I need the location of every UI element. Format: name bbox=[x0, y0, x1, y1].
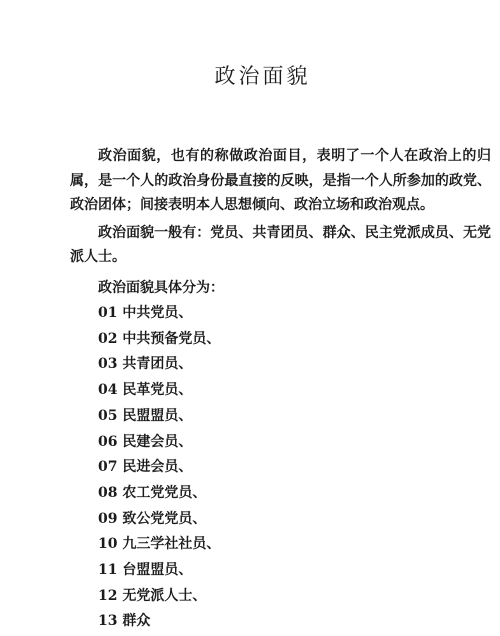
list-item-06: 06 民建会员、 bbox=[70, 430, 491, 456]
list-item-11: 11 台盟盟员、 bbox=[70, 558, 491, 584]
intro-paragraph: 政治面貌，也有的称做政治面目，表明了一个人在政治上的归属，是一个人的政治身份最直… bbox=[70, 144, 491, 218]
list-item-13: 13 群众 bbox=[70, 609, 491, 635]
document-page: 政治面貌 政治面貌，也有的称做政治面目，表明了一个人在政治上的归属，是一个人的政… bbox=[0, 0, 500, 636]
list-item-10: 10 九三学社社员、 bbox=[70, 532, 491, 558]
list-item-01: 01 中共党员、 bbox=[70, 301, 491, 327]
text-column: 政治面貌 政治面貌，也有的称做政治面目，表明了一个人在政治上的归属，是一个人的政… bbox=[70, 0, 491, 635]
list-item-07: 07 民进会员、 bbox=[70, 455, 491, 481]
page-title: 政治面貌 bbox=[70, 60, 491, 92]
list-heading: 政治面貌具体分为： bbox=[70, 276, 491, 301]
categories-paragraph: 政治面貌一般有：党员、共青团员、群众、民主党派成员、无党派人士。 bbox=[70, 221, 491, 270]
list-item-02: 02 中共预备党员、 bbox=[70, 327, 491, 353]
list-item-12: 12 无党派人士、 bbox=[70, 584, 491, 610]
list-item-04: 04 民革党员、 bbox=[70, 378, 491, 404]
list-item-09: 09 致公党党员、 bbox=[70, 507, 491, 533]
list-item-05: 05 民盟盟员、 bbox=[70, 404, 491, 430]
political-status-list: 01 中共党员、 02 中共预备党员、 03 共青团员、 04 民革党员、 05… bbox=[70, 301, 491, 635]
list-item-08: 08 农工党党员、 bbox=[70, 481, 491, 507]
list-item-03: 03 共青团员、 bbox=[70, 352, 491, 378]
